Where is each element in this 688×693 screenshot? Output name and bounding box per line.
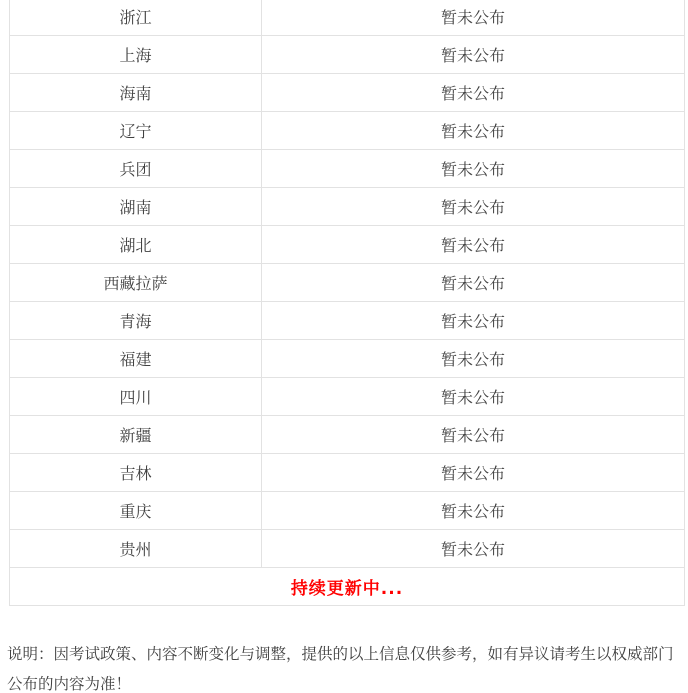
status-cell: 暂未公布 — [262, 0, 685, 36]
region-cell: 西藏拉萨 — [10, 264, 262, 302]
table-row: 兵团暂未公布 — [10, 150, 685, 188]
status-cell: 暂未公布 — [262, 454, 685, 492]
status-cell: 暂未公布 — [262, 112, 685, 150]
status-cell: 暂未公布 — [262, 188, 685, 226]
region-cell: 新疆 — [10, 416, 262, 454]
status-cell: 暂未公布 — [262, 150, 685, 188]
status-cell: 暂未公布 — [262, 340, 685, 378]
table-row: 福建暂未公布 — [10, 340, 685, 378]
table-row: 上海暂未公布 — [10, 36, 685, 74]
table-row: 海南暂未公布 — [10, 74, 685, 112]
region-cell: 兵团 — [10, 150, 262, 188]
updating-label: 持续更新中... — [10, 568, 685, 606]
table-row: 吉林暂未公布 — [10, 454, 685, 492]
region-cell: 上海 — [10, 36, 262, 74]
table-row: 西藏拉萨暂未公布 — [10, 264, 685, 302]
region-cell: 青海 — [10, 302, 262, 340]
region-cell: 海南 — [10, 74, 262, 112]
region-cell: 贵州 — [10, 530, 262, 568]
region-cell: 吉林 — [10, 454, 262, 492]
status-cell: 暂未公布 — [262, 492, 685, 530]
table-row: 湖北暂未公布 — [10, 226, 685, 264]
status-cell: 暂未公布 — [262, 264, 685, 302]
page: 浙江暂未公布上海暂未公布海南暂未公布辽宁暂未公布兵团暂未公布湖南暂未公布湖北暂未… — [0, 0, 688, 693]
table-row: 辽宁暂未公布 — [10, 112, 685, 150]
table-body: 浙江暂未公布上海暂未公布海南暂未公布辽宁暂未公布兵团暂未公布湖南暂未公布湖北暂未… — [10, 0, 685, 606]
table-row: 湖南暂未公布 — [10, 188, 685, 226]
region-cell: 四川 — [10, 378, 262, 416]
region-cell: 重庆 — [10, 492, 262, 530]
status-cell: 暂未公布 — [262, 302, 685, 340]
table-row: 重庆暂未公布 — [10, 492, 685, 530]
status-cell: 暂未公布 — [262, 74, 685, 112]
table-row: 新疆暂未公布 — [10, 416, 685, 454]
region-cell: 辽宁 — [10, 112, 262, 150]
table-footer-row: 持续更新中... — [10, 568, 685, 606]
table-row: 浙江暂未公布 — [10, 0, 685, 36]
status-cell: 暂未公布 — [262, 378, 685, 416]
status-cell: 暂未公布 — [262, 530, 685, 568]
status-cell: 暂未公布 — [262, 226, 685, 264]
region-cell: 福建 — [10, 340, 262, 378]
region-cell: 湖北 — [10, 226, 262, 264]
region-cell: 浙江 — [10, 0, 262, 36]
region-cell: 湖南 — [10, 188, 262, 226]
exam-status-table: 浙江暂未公布上海暂未公布海南暂未公布辽宁暂未公布兵团暂未公布湖南暂未公布湖北暂未… — [9, 0, 685, 606]
table-row: 贵州暂未公布 — [10, 530, 685, 568]
status-cell: 暂未公布 — [262, 36, 685, 74]
disclaimer-note: 说明：因考试政策、内容不断变化与调整，提供的以上信息仅供参考，如有异议请考生以权… — [7, 639, 685, 693]
table-row: 四川暂未公布 — [10, 378, 685, 416]
table-row: 青海暂未公布 — [10, 302, 685, 340]
status-cell: 暂未公布 — [262, 416, 685, 454]
